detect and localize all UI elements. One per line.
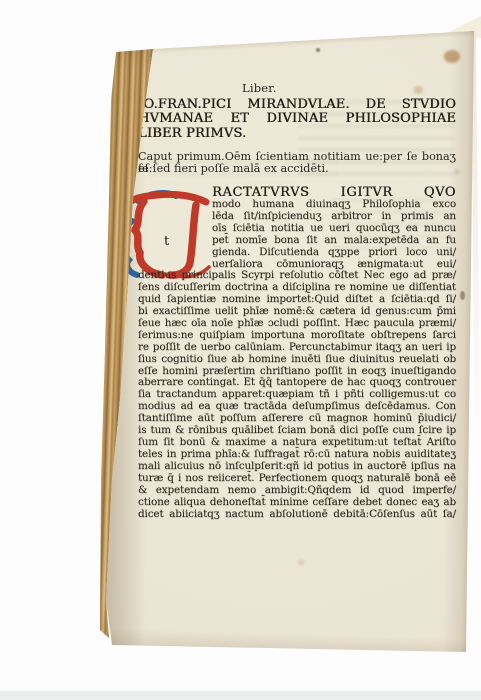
foxing-spot	[460, 291, 465, 300]
bottom-edge-shadow	[111, 628, 468, 665]
initial-red-stem	[170, 205, 196, 275]
running-head: Liber.	[242, 81, 277, 95]
text-line: gienda. Diſcutienda qʒppe priori loco un…	[212, 247, 456, 259]
initial-red-bowl	[135, 201, 162, 275]
title-line: IO.FRAN.PICI MIRANDVLAE. DE STVDIO	[138, 98, 456, 112]
foxing-spot	[298, 560, 304, 565]
page-leaf: Liber. IO.FRAN.PICI MIRANDVLAE. DE STVDI…	[0, 0, 481, 700]
chapter-heading: Caput primum.Oēm ſcientiam notitiam ue:p…	[138, 151, 456, 176]
guide-letter: t	[164, 234, 170, 249]
foxing-spot	[414, 86, 423, 94]
title-line: HVMANAE ET DIVINAE PHILOSOPHIAE	[138, 112, 456, 126]
text-line: oīs ſciētia notitia ue ueri quocūqʒ ea n…	[212, 223, 456, 235]
text-line: re poſſit de uerbo calūniam. Percunctabi…	[138, 342, 456, 354]
text-line: bi exactiſſime uelit phīæ nomē:& cætera …	[138, 306, 456, 318]
title-line: LIBER PRIMVS.	[138, 127, 456, 141]
text-line: ſius cognitio ſiue ab homine inuēti ſiue…	[138, 354, 456, 366]
foxing-spot	[444, 50, 460, 63]
body-text-beside-initial: RACTATVRVS IGITVR QVO modo humana diuina…	[212, 187, 456, 271]
top-edge-shadow	[150, 29, 480, 54]
text-line: pet̄ nomīe bona ſit an mala:expetēda an …	[212, 235, 456, 247]
foxing-spot	[316, 48, 320, 52]
text-line: dicet abiiciatqʒ nactum abſolutionē debi…	[138, 509, 456, 521]
text-line: ſerimus:ne quiſpiam importuna moroſitate…	[138, 330, 456, 342]
photo-background-strip	[0, 691, 481, 700]
book-photograph: Liber. IO.FRAN.PICI MIRANDVLAE. DE STVDI…	[0, 0, 481, 700]
chapter-heading-line: ſe:ſed fieri poſſe malā ex accidēti.	[138, 163, 456, 175]
work-title: IO.FRAN.PICI MIRANDVLAE. DE STVDIO HVMAN…	[138, 98, 456, 141]
text-line: ctione aliqua dehoneſtat̄ minime ceſſare…	[138, 497, 456, 509]
text-line: ſeue hæc oīa noīe phīæ ɔcludi poſſint. H…	[138, 318, 456, 330]
body-text-full-width: dentius principalis Scyrpi reſolutio cōſ…	[138, 270, 456, 521]
